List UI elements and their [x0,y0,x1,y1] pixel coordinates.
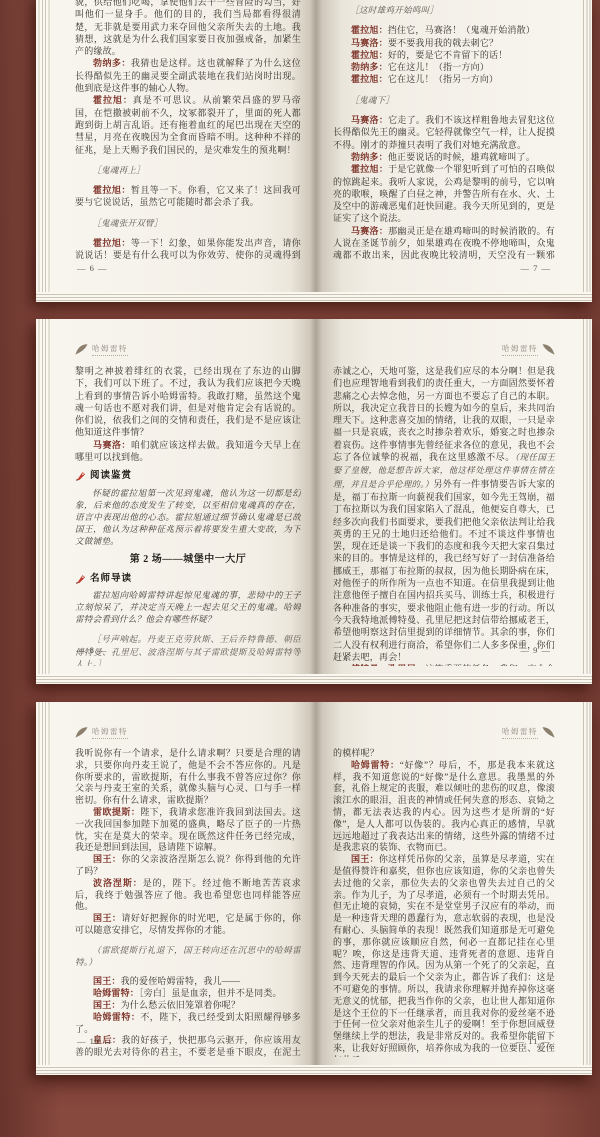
guide-paragraph: 霍拉旭向哈姆雷特讲起惊见鬼魂的事，悲恸中的王子立刻惊呆了，并决定当天晚上一起去见… [75,589,301,625]
speaker-name: 霍拉旭： [351,25,388,35]
stage-direction: （雷欧提斯行礼退下，国王转向还在沉思中的哈姆雷特。） [75,945,301,969]
paragraph: 国王：请好好把握你的时光吧，它是属于你的，你可以随意安排它，尽情发挥你的才能。 [75,913,301,937]
stage-direction: ［鬼魂再上］ [75,164,301,176]
running-head-title: 哈姆雷特 [502,726,538,739]
paragraph: 哈姆雷特：不，陛下，我已经受到太阳照耀得够多了。 [75,1012,301,1036]
page-body: 赤诚之心，天地可鉴，这是我们应尽的本分啊！但是我们也应理智地看到我们的责任重大，… [333,365,555,666]
para-text: 貌，供给他们吃喝，拿使他们去干一些冒险的勾当，好叫他们一显身手。他们的目的，我们… [75,0,301,56]
page-edges-bottom [36,292,592,302]
stage-direction: ［鬼魂张开双臂］ [75,217,301,229]
paragraph: 国王：你的父亲波洛涅斯怎么说？你得到他的允许了吗？ [75,854,301,878]
page-number: — 8 — [77,645,108,655]
section-header: 名师导读 [75,573,301,585]
paragraph: 勃纳多：它在这儿！（指一方向） [333,61,555,73]
paragraph: 我听说你有一个请求，是什么请求啊？只要是合理的请求，只要你向丹麦王说了，他是不会… [75,748,301,807]
page-edges-right [581,0,592,302]
speaker-name: 傅特曼、孔里尼： [351,664,425,666]
speaker-name: 霍拉旭： [351,164,388,174]
book-page-10: 哈姆雷特 我听说你有一个请求，是什么请求啊？只要是合理的请求，只要你向丹麦王说了… [51,702,316,1065]
speaker-name: 哈姆雷特： [351,760,400,770]
para-text: 的模样呢？ [333,748,379,758]
paragraph: 马赛洛：它走了。我们不该这样粗鲁地去冒犯这位长得酷似先王的幽灵。它轻得就像空气一… [333,114,555,151]
book-page-7: ［这时雄鸡开始鸣叫］霍拉旭：挡住它，马赛洛！（鬼魂开始消散）马赛洛：要不要我用我… [316,0,581,292]
guide-text: 怀疑的霍拉旭第一次见到鬼魂，他认为这一切都是幻象，后来他的态度发生了转变，以至相… [75,488,301,546]
open-spread: 哈姆雷特 黎明之神披着绯红的衣裳，已经出现在了东边的山脚下，我们可以下班了。不过… [51,319,581,674]
quill-icon [542,344,555,355]
paragraph: 哈姆雷特：［旁白］虽是血亲，但并不是同类。 [75,988,301,1000]
speaker-name: 雷欧提斯： [93,807,140,817]
para-text: ［旁白］虽是血亲，但并不是同类。 [139,988,282,998]
running-head: 哈姆雷特 [75,726,301,739]
para-text: 他正要说话的时候，雄鸡就啼叫了。 [388,152,535,162]
guide-paragraph: 怀疑的霍拉旭第一次见到鬼魂，他认为这一切都是幻象，后来他的态度发生了转变，以至相… [75,487,301,547]
page-edges-left [36,0,51,302]
page-body: 貌，供给他们吃喝，拿使他们去干一些冒险的勾当，好叫他们一显身手。他们的目的，我们… [75,0,301,262]
stage-text: ［鬼魂下］ [350,95,394,105]
speaker-name: 国王： [93,913,121,923]
book-page-6: 貌，供给他们吃喝，拿使他们去干一些冒险的勾当，好叫他们一显身手。他们的目的，我们… [51,0,316,292]
speaker-name: 勃纳多： [93,58,131,68]
scene-heading: 第 2 场——城堡中一大厅 [75,554,301,566]
paragraph: 雷欧提斯：陛下，我请求您准许我回到法国去。这一次我回国参加陛下加冕的盛典，略尽了… [75,807,301,854]
speaker-name: 国王： [93,976,121,986]
stage-text: （雷欧提斯行礼退下，国王转向还在沉思中的哈姆雷特。） [75,945,301,967]
quill-icon [75,344,88,355]
page-number: — 11 — [516,1036,551,1046]
speaker-name: 哈姆雷特： [93,1012,140,1022]
page-edges-left [36,702,51,1075]
page-body: 黎明之神披着绯红的衣裳，已经出现在了东边的山脚下，我们可以下班了。不过，我认为我… [75,365,301,666]
pen-icon [75,471,86,482]
open-spread: 貌，供给他们吃喝，拿使他们去干一些冒险的勾当，好叫他们一显身手。他们的目的，我们… [51,0,581,292]
paragraph: 霍拉旭：等一下！幻象，如果你能发出声音，请你说说话！要是有什么我可以为你效劳、使… [75,237,301,262]
para-text: 它在这儿！（指一方向） [388,62,489,72]
speaker-name: 国王： [93,1000,121,1010]
speaker-name: 马赛洛： [93,440,131,450]
para-text: 要不要我用我的戟去刺它？ [388,38,498,48]
speaker-name: 国王： [93,854,121,864]
page-body: 我听说你有一个请求，是什么请求啊？只要是合理的请求，只要你向丹麦王说了，他是不会… [75,748,301,1057]
para-text: “好像”？母后，不，那是我本来就这样，我不知道您说的“好像”是什么意思。我墨黑的… [333,760,555,853]
paragraph: 马赛洛：那幽灵正是在雄鸡啼叫的时候消散的。有人说在圣诞节前夕，如果雄鸡在夜晚不停… [333,225,555,262]
para-segment: 赤诚之心，天地可鉴，这是我们应尽的本分啊！但是我们也应理智地看到我们的责任重大，… [333,366,555,462]
running-head: 哈姆雷特 [333,343,555,356]
open-spread: 哈姆雷特 我听说你有一个请求，是什么请求啊？只要是合理的请求，只要你向丹麦王说了… [51,702,581,1065]
speaker-name: 勃纳多： [351,152,388,162]
paragraph: 哈姆雷特：“好像”？母后，不，那是我本来就这样，我不知道您说的“好像”是什么意思… [333,760,555,854]
running-head: 哈姆雷特 [333,726,555,739]
running-head-title: 哈姆雷特 [502,343,538,356]
page-edges-bottom [36,674,592,684]
speaker-name: 马赛洛： [351,38,388,48]
paragraph: 勃纳多：我猜也是这样。这也就解释了为什么这位长得酷似先王的幽灵要全副武装地在我们… [75,57,301,94]
paragraph: 勃纳多：他正要说话的时候，雄鸡就啼叫了。 [333,151,555,163]
stage-text: ［鬼魂再上］ [92,165,145,175]
paragraph: 傅特曼、孔里尼：这等重要的任务，我们一定会全力以赴。 [333,663,555,666]
page-number: — 10 — [77,1036,113,1046]
running-head: 哈姆雷特 [75,343,301,356]
stage-text: ［鬼魂张开双臂］ [92,218,162,228]
running-head-title: 哈姆雷特 [92,343,128,356]
stage-text: ［这时雄鸡开始鸣叫］ [350,5,438,15]
paragraph: 霍拉旭：好的，要是它不肯留下的话！ [333,49,555,61]
speaker-name: 霍拉旭： [93,95,133,105]
paragraph: 国王：我的爱侄哈姆雷特，我儿—— [75,976,301,988]
paragraph: 国王：你这样凭吊你的父亲，虽算是尽孝道，实在是值得赞许和嘉奖，但你也应该知道，你… [333,854,555,1057]
book-spread-2: 哈姆雷特 黎明之神披着绯红的衣裳，已经出现在了东边的山脚下，我们可以下班了。不过… [36,319,592,684]
guide-text: 霍拉旭向哈姆雷特讲起惊见鬼魂的事，悲恸中的王子立刻惊呆了，并决定当天晚上一起去见… [75,590,301,624]
page-body: 的模样呢？哈姆雷特：“好像”？母后，不，那是我本来就这样，我不知道您说的“好像”… [333,748,555,1057]
speaker-name: 霍拉旭： [351,74,388,84]
paragraph: 霍拉旭：挡住它，马赛洛！（鬼魂开始消散） [333,24,555,36]
speaker-name: 波洛涅斯： [93,878,143,888]
paragraph: 赤诚之心，天地可鉴，这是我们应尽的本分啊！但是我们也应理智地看到我们的责任重大，… [333,365,555,663]
page-body: ［这时雄鸡开始鸣叫］霍拉旭：挡住它，马赛洛！（鬼魂开始消散）马赛洛：要不要我用我… [333,0,555,262]
speaker-name: 国王： [351,854,379,864]
stage-direction: ［鬼魂下］ [333,94,555,106]
speaker-name: 霍拉旭： [93,238,131,248]
paragraph: 霍拉旭：于是它就像一个罪犯听到了可怕的召唤似的惊跳起来。我听人家说，公鸡是黎明的… [333,163,555,224]
paragraph: 貌，供给他们吃喝，拿使他们去干一些冒险的勾当，好叫他们一显身手。他们的目的，我们… [75,0,301,57]
quill-icon [542,727,555,738]
stage-direction: ［这时雄鸡开始鸣叫］ [333,4,555,16]
para-text: 为什么愁云依旧笼罩着你呢？ [121,1000,241,1010]
book-page-9: 哈姆雷特 赤诚之心，天地可鉴，这是我们应尽的本分啊！但是我们也应理智地看到我们的… [316,319,581,674]
para-text: 挡住它，马赛洛！（鬼魂开始消散） [388,25,535,35]
book-spread-3: 哈姆雷特 我听说你有一个请求，是什么请求啊？只要是合理的请求，只要你向丹麦王说了… [36,702,592,1075]
pen-icon [75,574,86,585]
speaker-name: 勃纳多： [351,62,388,72]
paragraph: 波洛涅斯：是的，陛下。经过他不断地苦苦哀求后，我终于勉强答应了他。我也希望您也同… [75,878,301,913]
speaker-name: 马赛洛： [351,226,388,236]
page-edges-left [36,319,51,684]
paragraph: 的模样呢？ [333,748,555,760]
section-label: 阅读鉴赏 [90,470,132,482]
speaker-name: 哈姆雷特： [93,988,139,998]
para-text: 它在这儿！（指另一方向） [388,74,498,84]
section-header: 阅读鉴赏 [75,470,301,482]
para-text: 黎明之神披着绯红的衣裳，已经出现在了东边的山脚下，我们可以下班了。不过，我认为我… [75,366,301,437]
book-page-8: 哈姆雷特 黎明之神披着绯红的衣裳，已经出现在了东边的山脚下，我们可以下班了。不过… [51,319,316,674]
paragraph: 黎明之神披着绯红的衣裳，已经出现在了东边的山脚下，我们可以下班了。不过，我认为我… [75,365,301,439]
speaker-name: 马赛洛： [351,115,388,125]
quill-icon [75,727,88,738]
paragraph: 马赛洛：要不要我用我的戟去刺它？ [333,37,555,49]
paragraph: 马赛洛：咱们就应该这样去做。我知道今天早上在哪里可以找到他。 [75,439,301,464]
para-text: 你这样凭吊你的父亲，虽算是尽孝道，实在是值得赞许和嘉奖，但你也应该知道，你的父亲… [333,854,555,1057]
page-number: — 7 — [521,263,552,273]
paragraph: 霍拉旭：暂且等一下。你看，它又来了！这回我可要与它说说话，虽然它可能随时都会杀了… [75,184,301,209]
para-text: 好的，要是它不肯留下的话！ [388,50,508,60]
page-edges-right [581,319,592,684]
paragraph: 霍拉旭：它在这儿！（指另一方向） [333,73,555,85]
scene-heading-text: 第 2 场——城堡中一大厅 [130,554,247,565]
page-edges-right [581,702,592,1075]
page-edges-bottom [36,1065,592,1075]
speaker-name: 霍拉旭： [93,185,131,195]
book-page-11: 哈姆雷特 的模样呢？哈姆雷特：“好像”？母后，不，那是我本来就这样，我不知道您说… [316,702,581,1065]
para-text: 我听说你有一个请求，是什么请求啊？只要是合理的请求，只要你向丹麦王说了，他是不会… [75,748,301,805]
book-spread-1: 貌，供给他们吃喝，拿使他们去干一些冒险的勾当，好叫他们一显身手。他们的目的，我们… [36,0,592,302]
paragraph: 霍拉旭：真是不可思议。从前繁荣昌盛的罗马帝国，在恺撒被刺前不久，坟冢都裂开了，里… [75,94,301,155]
speaker-name: 霍拉旭： [351,50,388,60]
page-number: — 6 — [77,263,108,273]
paragraph: 国王：为什么愁云依旧笼罩着你呢？ [75,1000,301,1012]
stage-text: ［号声响起。丹麦王克劳狄斯、王后乔特鲁德、朝臣傅特曼、孔里尼、波洛涅斯与其子雷欧… [75,634,301,666]
para-segment: 另外有一件事情要告诉大家的是，福丁布拉斯一向藐视我们国家，如今先王驾崩，福丁布拉… [333,479,555,662]
section-label: 名师导读 [90,573,132,585]
stage-direction: ［号声响起。丹麦王克劳狄斯、王后乔特鲁德、朝臣傅特曼、孔里尼、波洛涅斯与其子雷欧… [75,633,301,666]
page-number: — 9 — [521,645,552,655]
para-text: 我的爱侄哈姆雷特，我儿—— [121,976,241,986]
running-head-title: 哈姆雷特 [92,726,128,739]
